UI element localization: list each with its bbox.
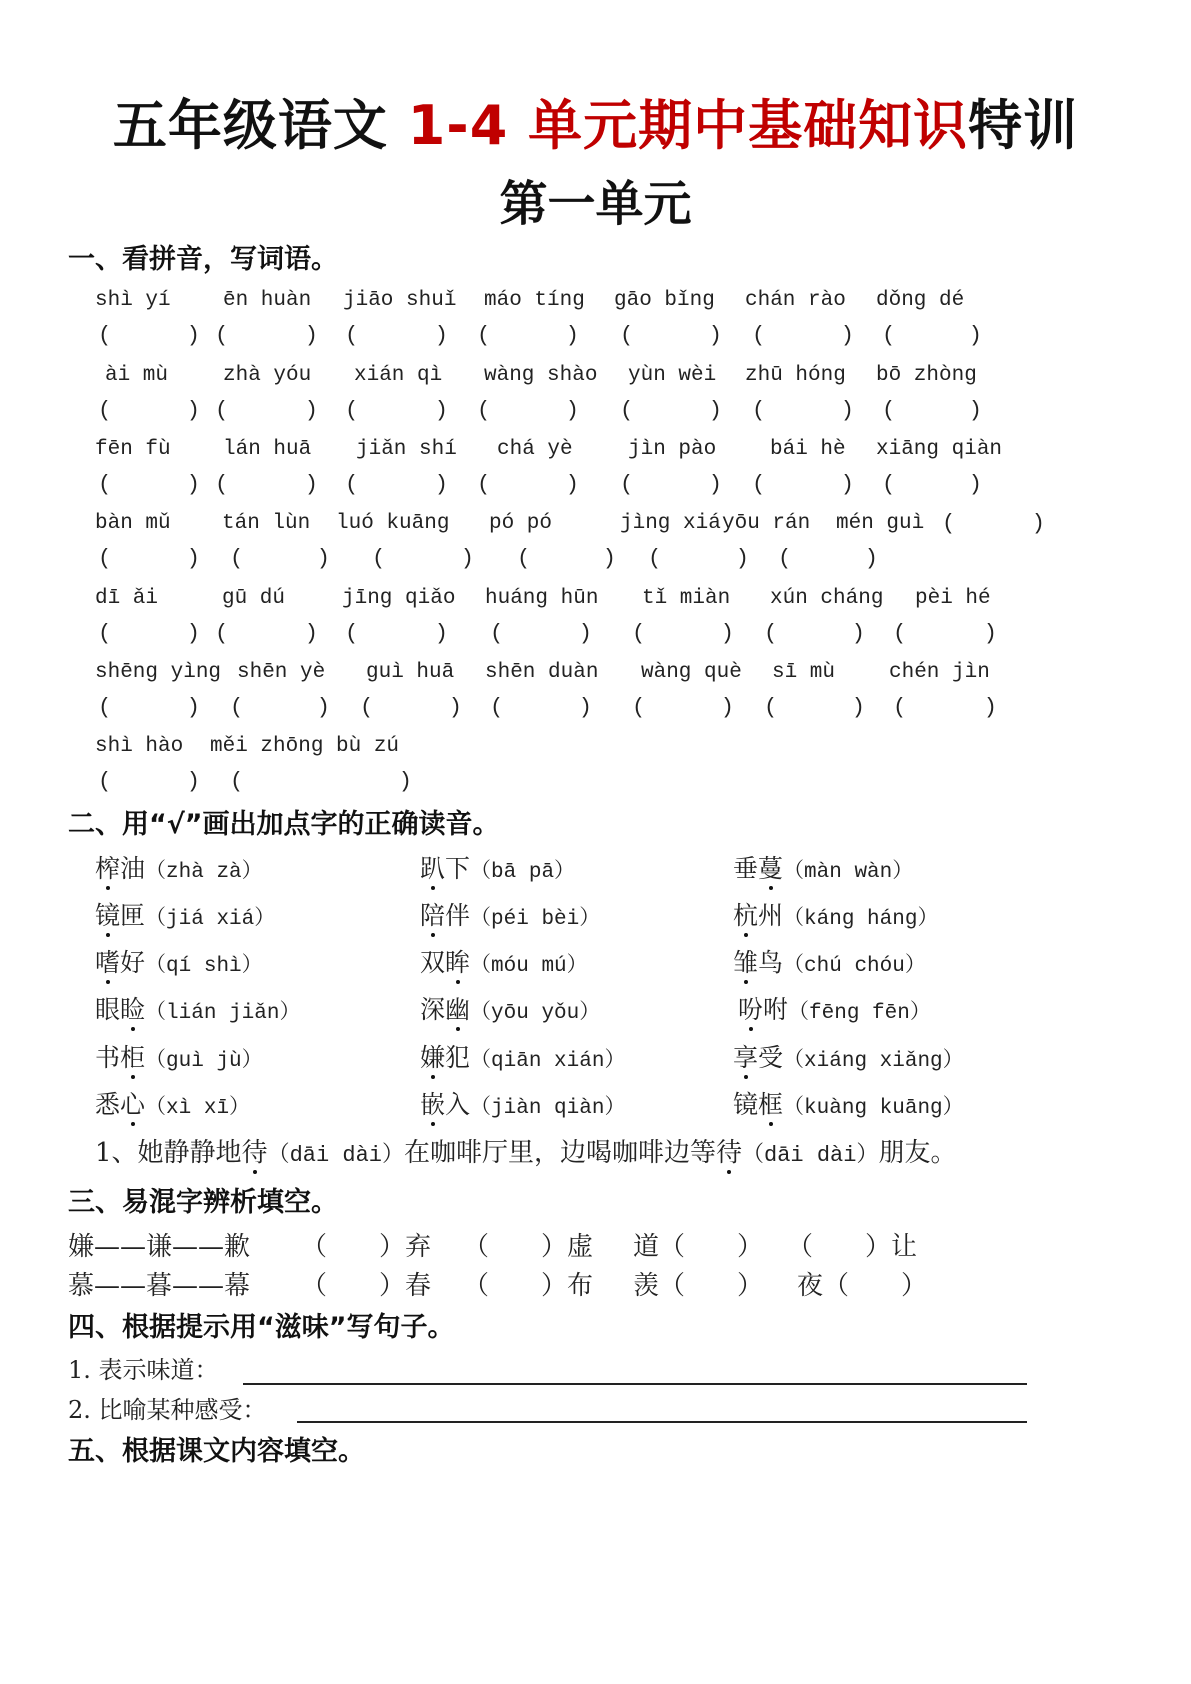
pinyin-item: chén jìn [889, 659, 990, 687]
pinyin-item: tán lùn [222, 510, 310, 538]
dotted-char: 睑 [120, 994, 145, 1026]
answer-blank: () [98, 620, 200, 648]
answer-blank: () [882, 322, 982, 350]
pinyin-item: mén guì [836, 510, 924, 538]
pinyin-item: shēn duàn [485, 659, 598, 687]
pinyin-options: （jiá xiá） [145, 908, 275, 931]
answer-blank: () [345, 620, 448, 648]
pinyin-options: （jiàn qiàn） [470, 1097, 625, 1120]
pinyin-options: （bā pā） [470, 861, 575, 884]
pinyin-options: （móu mú） [470, 955, 588, 978]
pinyin-options: （yōu yǒu） [470, 1002, 600, 1025]
pinyin-item: chá yè [497, 436, 573, 464]
answer-blank: () [752, 471, 854, 499]
dotted-char: 吩 [738, 994, 763, 1026]
answer-blank: () [477, 322, 579, 350]
fill-blank: （ ）春 [301, 1270, 431, 1302]
reading-item: 眼睑（lián jiǎn） [95, 994, 300, 1030]
pinyin-item: jīng qiǎo [342, 585, 455, 613]
dotted-char: 心 [120, 1089, 145, 1121]
pinyin-item: bàn mǔ [95, 510, 171, 538]
pinyin-item: máo tíng [484, 287, 585, 315]
pinyin-item: dǒng dé [876, 287, 964, 315]
answer-blank: () [477, 397, 579, 425]
title-highlight: 1-4 单元期中基础知识 [408, 94, 968, 157]
pinyin-options: （xiáng xiǎng） [783, 1050, 964, 1073]
fill-blank: （ ）虚 [463, 1231, 593, 1263]
dotted-char: 框 [758, 1089, 783, 1121]
reading-item: 深幽（yōu yǒu） [420, 994, 600, 1030]
fill-blank: 夜（ ） [797, 1270, 927, 1302]
reading-item: 嗜好（qí shì） [95, 947, 263, 983]
prompt-taste: 1. 表示味道： [68, 1355, 219, 1385]
dotted-char: 杭 [733, 900, 758, 932]
pinyin-item: zhū hóng [745, 362, 846, 390]
answer-blank: () [345, 397, 448, 425]
pinyin-item: huáng hūn [485, 585, 598, 613]
pinyin-item: gū dú [222, 585, 285, 613]
pinyin-item: jìn pào [628, 436, 716, 464]
answer-blank: () [98, 397, 200, 425]
answer-blank: () [98, 545, 200, 573]
pinyin-item: zhà yóu [223, 362, 311, 390]
dotted-char: 柜 [120, 1042, 145, 1074]
answer-blank: () [215, 620, 318, 648]
pinyin-item: dī ǎi [95, 585, 158, 613]
dotted-char: 嗜 [95, 947, 120, 979]
answer-blank: () [215, 397, 318, 425]
answer-line [243, 1383, 1027, 1385]
answer-blank: () [517, 545, 616, 573]
section1-heading: 一、看拼音，写词语。 [68, 243, 338, 277]
section2-heading: 二、用“√”画出加点字的正确读音。 [68, 808, 500, 842]
pinyin-options: （lián jiǎn） [145, 1002, 300, 1025]
document-title: 五年级语文 1-4 单元期中基础知识特训 [0, 92, 1191, 160]
pinyin-item: xún cháng [770, 585, 883, 613]
pinyin-options: （guì jù） [145, 1050, 263, 1073]
answer-blank: () [230, 694, 330, 722]
pinyin-item: xiāng qiàn [876, 436, 1002, 464]
answer-blank: () [620, 397, 722, 425]
dotted-char: 雏 [733, 947, 758, 979]
answer-blank: () [215, 322, 318, 350]
section3-heading: 三、易混字辨析填空。 [68, 1186, 338, 1220]
reading-item: 杭州（káng háng） [733, 900, 938, 936]
pinyin-item: lán huā [223, 436, 311, 464]
answer-blank: () [230, 545, 330, 573]
reading-item: 双眸（móu mú） [420, 947, 588, 983]
answer-blank: () [372, 545, 474, 573]
answer-blank: () [778, 545, 878, 573]
answer-blank: () [215, 471, 318, 499]
dotted-char: 榨 [95, 853, 120, 885]
fill-blank: 羡（ ） [633, 1270, 763, 1302]
pinyin-item: jìng xiá [620, 510, 721, 538]
answer-blank: () [345, 322, 448, 350]
answer-line [297, 1421, 1027, 1423]
pinyin-item: luó kuāng [336, 510, 449, 538]
pinyin-item: pó pó [489, 510, 552, 538]
fill-blank: 道（ ） [633, 1231, 763, 1263]
answer-blank: () [98, 768, 200, 796]
reading-item: 镜框（kuàng kuāng） [733, 1089, 964, 1125]
char-chain: 嫌——谦——歉 [68, 1231, 250, 1263]
fill-blank: （ ）弃 [301, 1231, 431, 1263]
answer-blank: () [360, 694, 462, 722]
answer-blank: () [98, 694, 200, 722]
pinyin-item: ēn huàn [223, 287, 311, 315]
pinyin-options: （dāi dài） [268, 1143, 404, 1168]
char-chain: 慕——暮——幕 [68, 1270, 250, 1302]
unit-subtitle: 第一单元 [0, 174, 1191, 234]
pinyin-item: fēn fù [95, 436, 171, 464]
pinyin-item: shì hào [95, 733, 183, 761]
pinyin-item: wàng què [641, 659, 742, 687]
pinyin-item: gāo bǐng [614, 287, 715, 315]
pinyin-item: xián qì [354, 362, 442, 390]
dotted-char: 幽 [445, 994, 470, 1026]
answer-blank: () [98, 322, 200, 350]
pinyin-item: shì yí [95, 287, 171, 315]
example-sentence: 1、她静静地待（dāi dài）在咖啡厅里，边喝咖啡边等待（dāi dài）朋友… [95, 1137, 956, 1172]
pinyin-options: （fēng fēn） [788, 1002, 931, 1025]
dotted-char: 镜 [95, 900, 120, 932]
pinyin-options: （péi bèi） [470, 908, 600, 931]
pinyin-options: （màn wàn） [783, 861, 913, 884]
reading-item: 镜匣（jiá xiá） [95, 900, 275, 936]
fill-blank: （ ）布 [463, 1270, 593, 1302]
answer-blank: () [893, 620, 997, 648]
pinyin-options: （chú chóu） [783, 955, 926, 978]
pinyin-item: jiāo shuǐ [343, 287, 456, 315]
pinyin-item: yōu rán [722, 510, 810, 538]
pinyin-item: měi zhōng bù zú [210, 733, 399, 761]
dotted-char: 待 [242, 1137, 268, 1169]
pinyin-options: （kuàng kuāng） [783, 1097, 964, 1120]
reading-item: 雏鸟（chú chóu） [733, 947, 926, 983]
title-prefix: 五年级语文 [113, 94, 408, 157]
pinyin-options: （káng háng） [783, 908, 938, 931]
dotted-char: 嵌 [420, 1089, 445, 1121]
reading-item: 吩咐（fēng fēn） [738, 994, 931, 1030]
answer-blank: () [942, 510, 1045, 538]
pinyin-item: ài mù [105, 362, 168, 390]
answer-blank: () [98, 471, 200, 499]
pinyin-options: （qiān xián） [470, 1050, 625, 1073]
answer-blank: () [764, 620, 865, 648]
pinyin-item: pèi hé [915, 585, 991, 613]
answer-blank: () [632, 694, 734, 722]
pinyin-item: bō zhòng [876, 362, 977, 390]
dotted-char: 陪 [420, 900, 445, 932]
pinyin-item: jiǎn shí [356, 436, 457, 464]
reading-item: 嫌犯（qiān xián） [420, 1042, 625, 1078]
reading-item: 书柜（guì jù） [95, 1042, 263, 1078]
pinyin-options: （qí shì） [145, 955, 263, 978]
pinyin-options: （zhà zà） [145, 861, 263, 884]
pinyin-item: sī mù [772, 659, 835, 687]
answer-blank: () [882, 397, 982, 425]
section4-heading: 四、根据提示用“滋味”写句子。 [68, 1311, 455, 1345]
section5-heading: 五、根据课文内容填空。 [68, 1435, 365, 1469]
dotted-char: 蔓 [758, 853, 783, 885]
answer-blank: () [882, 471, 982, 499]
pinyin-item: bái hè [770, 436, 846, 464]
dotted-char: 趴 [420, 853, 445, 885]
reading-item: 享受（xiáng xiǎng） [733, 1042, 964, 1078]
reading-item: 垂蔓（màn wàn） [733, 853, 913, 889]
reading-item: 榨油（zhà zà） [95, 853, 263, 889]
answer-blank: () [490, 694, 592, 722]
pinyin-item: chán rào [745, 287, 846, 315]
answer-blank: () [893, 694, 997, 722]
fill-blank: （ ）让 [787, 1231, 917, 1263]
dotted-char: 嫌 [420, 1042, 445, 1074]
answer-blank: () [230, 768, 412, 796]
answer-blank: () [764, 694, 865, 722]
answer-blank: () [620, 322, 722, 350]
dotted-char: 眸 [445, 947, 470, 979]
reading-item: 嵌入（jiàn qiàn） [420, 1089, 625, 1125]
answer-blank: () [620, 471, 722, 499]
answer-blank: () [477, 471, 579, 499]
answer-blank: () [648, 545, 749, 573]
dotted-char: 享 [733, 1042, 758, 1074]
pinyin-item: yùn wèi [628, 362, 716, 390]
pinyin-item: shēng yìng [95, 659, 221, 687]
reading-item: 悉心（xì xī） [95, 1089, 250, 1125]
title-suffix: 特训 [968, 94, 1078, 157]
answer-blank: () [490, 620, 592, 648]
answer-blank: () [632, 620, 734, 648]
answer-blank: () [752, 397, 854, 425]
pinyin-item: tǐ miàn [642, 585, 730, 613]
pinyin-options: （dāi dài） [742, 1143, 878, 1168]
pinyin-item: guì huā [366, 659, 454, 687]
pinyin-options: （xì xī） [145, 1097, 250, 1120]
pinyin-item: shēn yè [237, 659, 325, 687]
reading-item: 趴下（bā pā） [420, 853, 575, 889]
answer-blank: () [345, 471, 448, 499]
dotted-char: 待 [716, 1137, 742, 1169]
prompt-feeling: 2. 比喻某种感受： [68, 1395, 267, 1425]
reading-item: 陪伴（péi bèi） [420, 900, 600, 936]
pinyin-item: wàng shào [484, 362, 597, 390]
answer-blank: () [752, 322, 854, 350]
